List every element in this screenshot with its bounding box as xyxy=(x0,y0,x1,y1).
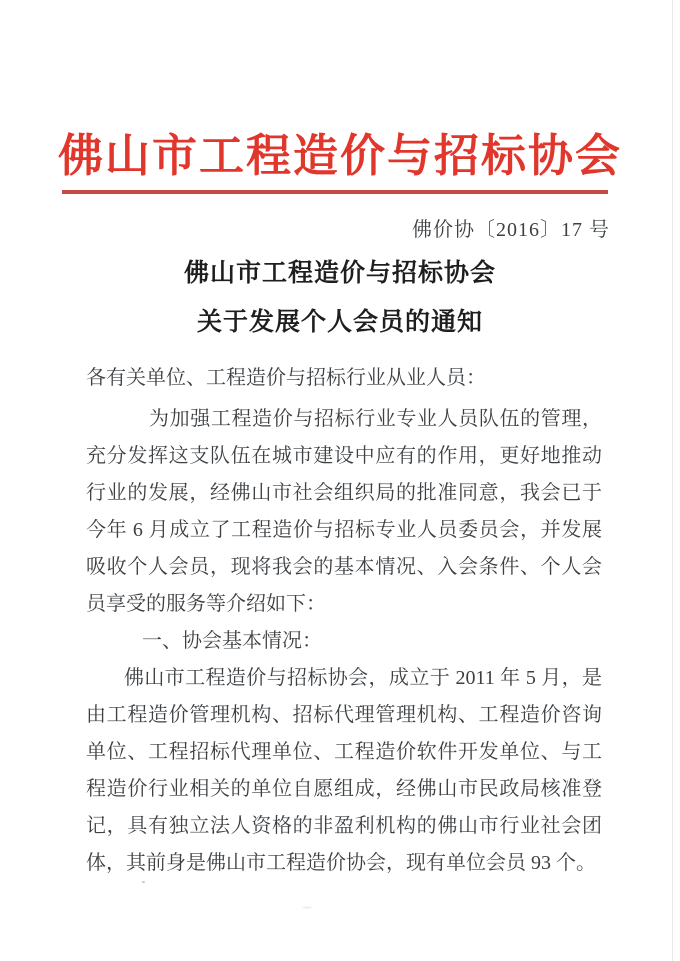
notice-title-line2: 关于发展个人会员的通知 xyxy=(40,302,640,338)
scan-paper-edge xyxy=(672,0,673,961)
document-reference-number: 佛价协〔2016〕17 号 xyxy=(412,213,610,242)
salutation-line: 各有关单位、工程造价与招标行业从业人员： xyxy=(86,360,602,397)
notice-body: 各有关单位、工程造价与招标行业从业人员： 为加强工程造价与招标行业专业人员队伍的… xyxy=(86,360,602,882)
body-paragraph-intro: 为加强工程造价与招标行业专业人员队伍的管理，充分发挥这支队伍在城市建设中应有的作… xyxy=(86,401,602,623)
scan-speck xyxy=(302,906,312,909)
association-letterhead: 佛山市工程造价与招标协会 xyxy=(40,119,640,184)
section-heading-1: 一、协会基本情况： xyxy=(86,623,602,660)
scanned-notice-page: 佛山市工程造价与招标协会 佛价协〔2016〕17 号 佛山市工程造价与招标协会 … xyxy=(0,0,680,961)
notice-title-line1: 佛山市工程造价与招标协会 xyxy=(40,253,640,289)
letterhead-divider-rule xyxy=(62,190,608,194)
body-paragraph-association-overview: 佛山市工程造价与招标协会，成立于 2011 年 5 月，是由工程造价管理机构、招… xyxy=(86,660,602,882)
